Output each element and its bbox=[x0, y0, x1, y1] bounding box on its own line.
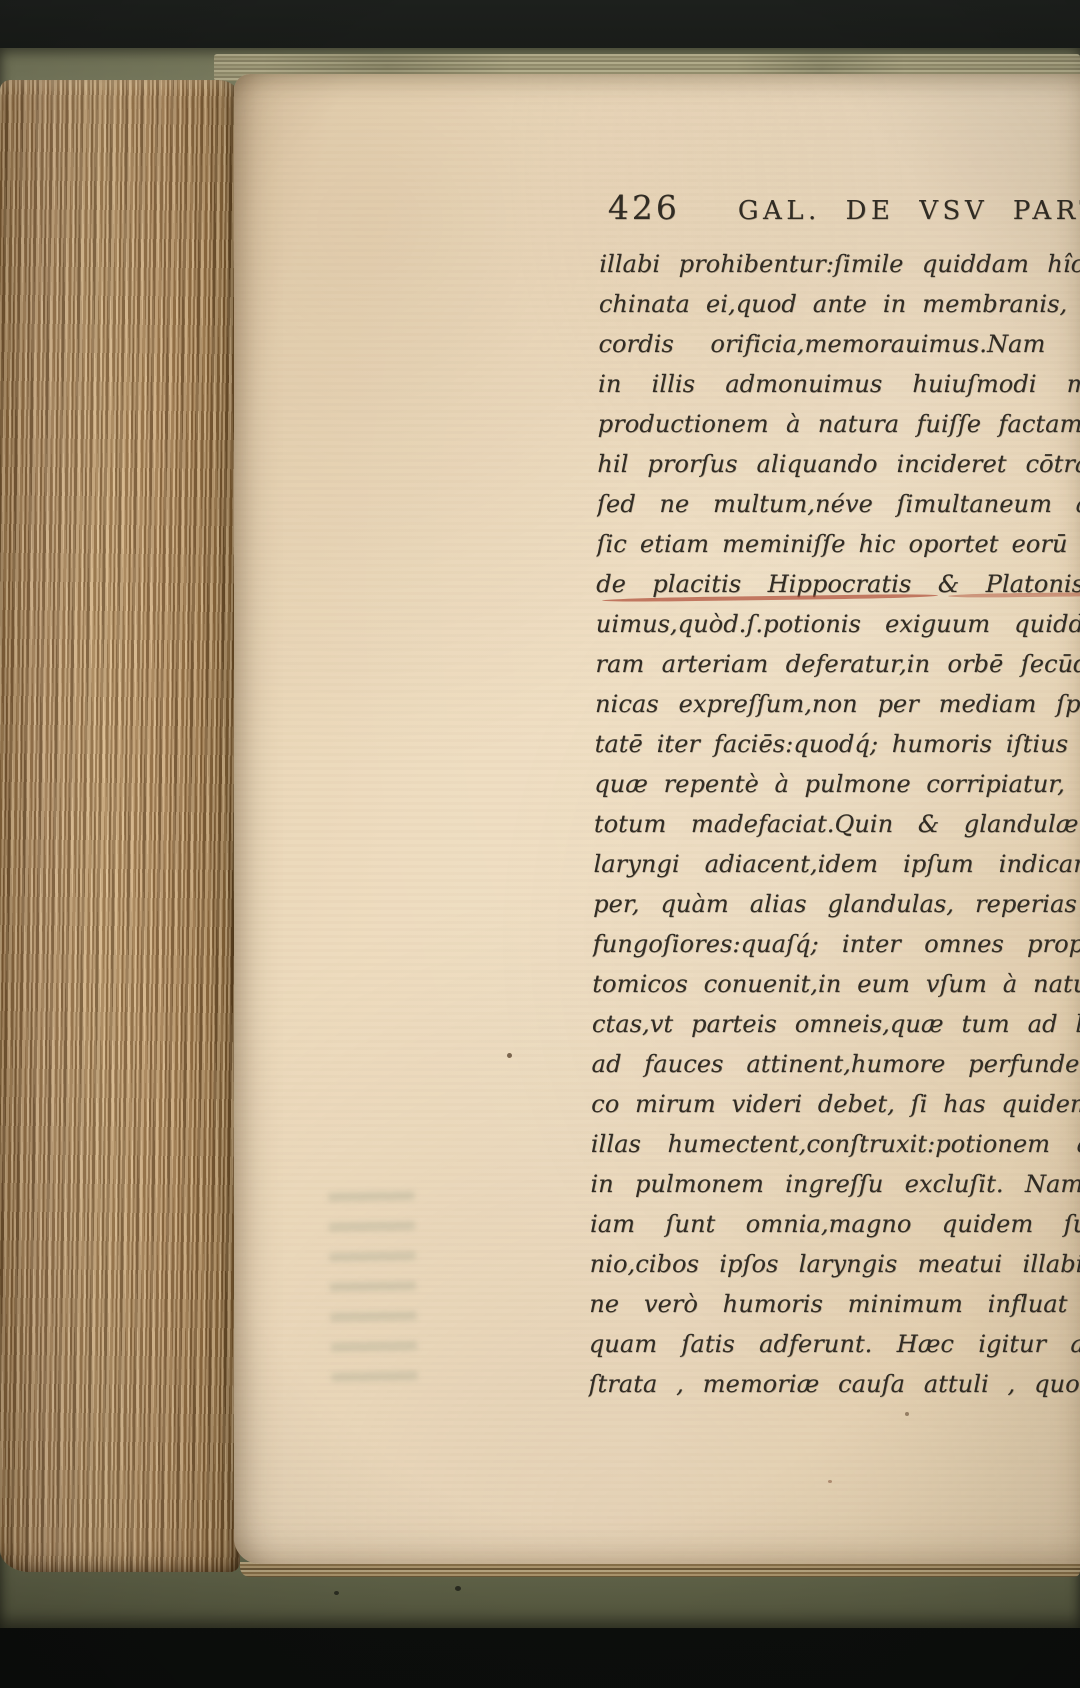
page-bottom-edges bbox=[240, 1562, 1080, 1577]
running-header-title: GAL. DE VSV PARTIVM bbox=[738, 189, 1080, 233]
text-line: in pulmonem ingreſſu excluſit. Nam quæ d… bbox=[590, 1164, 1080, 1204]
text-line: ne verò humoris minimum influat , haudqu… bbox=[589, 1284, 1080, 1324]
text-line: nio,cibos ipſos laryngis meatui illabi n… bbox=[589, 1244, 1080, 1284]
text-line: illabi prohibentur:ſimile quiddam hîc qu… bbox=[599, 244, 1080, 284]
text-line: chinata ei,quod ante in membranis, quæ ſ… bbox=[599, 284, 1080, 324]
text-line: illas humectent,conſtruxit:potionem aute… bbox=[591, 1124, 1080, 1164]
text-line: iam ſunt omnia,magno quidem ſunt teſtimo… bbox=[590, 1204, 1080, 1244]
text-line: totum madefaciat.Quin & glandulæ ipſæ, q… bbox=[594, 804, 1080, 844]
text-line: ſic etiam meminiſſe hic oportet eorū quæ… bbox=[596, 524, 1080, 564]
text-line: quæ repentè à pulmone corripiatur, quæq́… bbox=[594, 764, 1080, 804]
text-line: tomicos conuenit,in eum vſum à natura fu… bbox=[592, 964, 1080, 1004]
text-line: hil prorſus aliquando incideret cōtrarij… bbox=[597, 444, 1080, 484]
stain-speck bbox=[828, 1480, 832, 1483]
stain-speck bbox=[507, 1053, 512, 1058]
text-line: nicas expreſſum,non per mediam ſpatioſam… bbox=[595, 684, 1080, 724]
text-line: laryngi adiacent,idem ipſum indicant,qua… bbox=[593, 844, 1080, 884]
stain-speck bbox=[455, 1586, 461, 1591]
page-number: 426 bbox=[608, 186, 680, 230]
text-line: ſed ne multum,néve ſimultaneum ac ſubdit… bbox=[597, 484, 1080, 524]
body-text-lines: illabi prohibentur:ſimile quiddam hîc qu… bbox=[588, 244, 1080, 1404]
verso-showthrough bbox=[328, 1191, 417, 1382]
book-photo: 426 GAL. DE VSV PARTIVM illabi prohibent… bbox=[0, 0, 1080, 1688]
fore-edge-page-stack bbox=[0, 80, 240, 1572]
text-line: ad fauces attinent,humore perfunderent.Q… bbox=[591, 1044, 1080, 1084]
text-line: fungoſiores:quaſq́; inter omnes propemod… bbox=[593, 924, 1080, 964]
text-line: cordis orificia,memorauimus.Nam quemadmo… bbox=[598, 324, 1080, 364]
text-line: quam ſatis adferunt. Hæc igitur alibi de… bbox=[589, 1324, 1080, 1364]
text-line: ram arteriam deferatur,in orbē ſecūdùm e… bbox=[595, 644, 1080, 684]
text-line: co mirum videri debet, ſi has quidem, vt… bbox=[591, 1084, 1080, 1124]
stain-speck bbox=[905, 1412, 909, 1416]
text-line: uimus,quòd.ſ.potionis exiguum quiddam in… bbox=[596, 604, 1080, 644]
text-line: productionem à natura fuiſſe factam,non … bbox=[598, 404, 1080, 444]
text-line: ctas,vt parteis omneis,quæ tum ad laryng… bbox=[592, 1004, 1080, 1044]
text-line: in illis admonuimus huiuſmodi membranaru… bbox=[598, 364, 1080, 404]
stain-speck bbox=[334, 1591, 339, 1595]
catchword-row: memo bbox=[588, 1404, 1080, 1444]
page-text-block: 426 GAL. DE VSV PARTIVM illabi prohibent… bbox=[588, 186, 1080, 1444]
book-page: 426 GAL. DE VSV PARTIVM illabi prohibent… bbox=[234, 74, 1080, 1564]
text-line: tatē iter faciēs:quodq́; humoris iſtius … bbox=[594, 724, 1080, 764]
text-line: per, quàm alias glandulas, reperias laxi… bbox=[593, 884, 1080, 924]
text-line: ſtrata , memoriæ cauſa attuli , quo plan… bbox=[588, 1364, 1080, 1404]
running-head: 426 GAL. DE VSV PARTIVM bbox=[600, 186, 1080, 230]
